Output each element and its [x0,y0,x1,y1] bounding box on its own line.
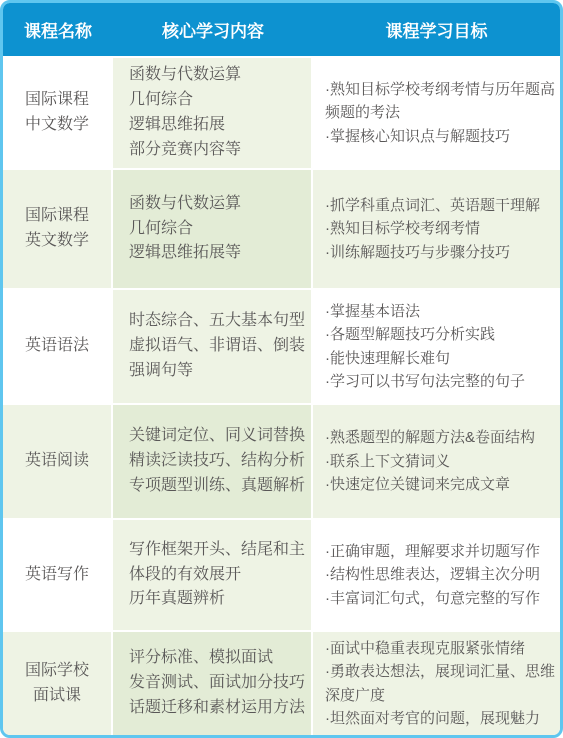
goal-item: ·勇敢表达想法，展现词汇量、思维深度广度 [325,660,558,707]
course-name-line: 英语语法 [25,334,89,359]
content-line: 评分标准、模拟面试 [129,646,273,671]
course-name-line: 中文数学 [25,113,89,138]
header-learning-goals: 课程学习目标 [313,17,560,42]
content-line: 话题迁移和素材运用方法 [129,696,305,721]
goal-item: ·正确审题，理解要求并切题写作 [325,540,540,563]
cell-course-name: 英语阅读 [3,405,113,518]
cell-course-name: 国际学校面试课 [3,632,113,735]
content-line: 逻辑思维拓展 [129,113,225,138]
content-line: 强调句等 [129,359,193,384]
content-line: 几何综合 [129,217,193,242]
content-line: 写作框架开头、结尾和主 [129,538,305,563]
goal-item: ·联系上下文猜词义 [325,450,450,473]
table-row: 英语阅读关键词定位、同义词替换精读泛读技巧、结构分析专项题型训练、真题解析·熟悉… [3,403,560,518]
content-line: 历年真题辨析 [129,587,225,612]
content-line: 部分竞赛内容等 [129,138,241,163]
goal-item: ·掌握基本语法 [325,300,420,323]
table-header-row: 课程名称 核心学习内容 课程学习目标 [3,3,560,56]
goal-item: ·面试中稳重表现克服紧张情绪 [325,637,525,660]
cell-course-name: 国际课程中文数学 [3,58,113,168]
content-line: 逻辑思维拓展等 [129,241,241,266]
table-row: 国际课程中文数学函数与代数运算几何综合逻辑思维拓展部分竞赛内容等·熟知目标学校考… [3,56,560,168]
cell-core-content: 关键词定位、同义词替换精读泛读技巧、结构分析专项题型训练、真题解析 [113,405,313,518]
cell-learning-goals: ·面试中稳重表现克服紧张情绪·勇敢表达想法，展现词汇量、思维深度广度·坦然面对考… [313,632,560,735]
table-row: 英语语法时态综合、五大基本句型虚拟语气、非谓语、倒装强调句等·掌握基本语法·各题… [3,288,560,403]
cell-course-name: 国际课程英文数学 [3,170,113,288]
cell-core-content: 写作框架开头、结尾和主体段的有效展开历年真题辨析 [113,520,313,630]
goal-item: ·能快速理解长难句 [325,347,450,370]
cell-learning-goals: ·熟悉题型的解题方法&卷面结构·联系上下文猜词义·快速定位关键词来完成文章 [313,405,560,518]
cell-core-content: 时态综合、五大基本句型虚拟语气、非谓语、倒装强调句等 [113,290,313,403]
goal-item: ·各题型解题技巧分析实践 [325,323,495,346]
goal-item: ·掌握核心知识点与解题技巧 [325,125,510,148]
content-line: 几何综合 [129,88,193,113]
content-line: 关键词定位、同义词替换 [129,424,305,449]
content-line: 函数与代数运算 [129,192,241,217]
course-name-line: 面试课 [33,684,81,709]
cell-learning-goals: ·抓学科重点词汇、英语题干理解·熟知目标学校考纲考情·训练解题技巧与步骤分技巧 [313,170,560,288]
goal-item: ·训练解题技巧与步骤分技巧 [325,241,510,264]
content-line: 体段的有效展开 [129,563,241,588]
content-line: 时态综合、五大基本句型 [129,309,305,334]
course-name-line: 英语阅读 [25,449,89,474]
course-name-line: 国际学校 [25,659,89,684]
goal-item: ·抓学科重点词汇、英语题干理解 [325,194,540,217]
content-line: 发音测试、面试加分技巧 [129,671,305,696]
goal-item: ·快速定位关键词来完成文章 [325,473,510,496]
content-line: 函数与代数运算 [129,63,241,88]
course-table: 课程名称 核心学习内容 课程学习目标 国际课程中文数学函数与代数运算几何综合逻辑… [0,0,563,738]
content-line: 精读泛读技巧、结构分析 [129,449,305,474]
header-core-content: 核心学习内容 [113,17,313,42]
goal-item: ·坦然面对考官的问题，展现魅力 [325,707,540,730]
course-name-line: 英文数学 [25,229,89,254]
cell-learning-goals: ·掌握基本语法·各题型解题技巧分析实践·能快速理解长难句·学习可以书写句法完整的… [313,290,560,403]
goal-item: ·熟知目标学校考纲考情与历年题高频题的考法 [325,78,558,125]
cell-core-content: 评分标准、模拟面试发音测试、面试加分技巧话题迁移和素材运用方法 [113,632,313,735]
cell-course-name: 英语写作 [3,520,113,630]
cell-core-content: 函数与代数运算几何综合逻辑思维拓展部分竞赛内容等 [113,58,313,168]
cell-course-name: 英语语法 [3,290,113,403]
content-line: 虚拟语气、非谓语、倒装 [129,334,305,359]
goal-item: ·结构性思维表达，逻辑主次分明 [325,563,540,586]
course-name-line: 国际课程 [25,88,89,113]
content-line: 专项题型训练、真题解析 [129,474,305,499]
cell-learning-goals: ·正确审题，理解要求并切题写作·结构性思维表达，逻辑主次分明·丰富词汇句式，句意… [313,520,560,630]
cell-core-content: 函数与代数运算几何综合逻辑思维拓展等 [113,170,313,288]
course-name-line: 国际课程 [25,204,89,229]
goal-item: ·熟悉题型的解题方法&卷面结构 [325,426,535,449]
header-course-name: 课程名称 [3,17,113,42]
goal-item: ·学习可以书写句法完整的句子 [325,370,525,393]
table-row: 国际学校面试课评分标准、模拟面试发音测试、面试加分技巧话题迁移和素材运用方法·面… [3,630,560,735]
table-row: 国际课程英文数学函数与代数运算几何综合逻辑思维拓展等·抓学科重点词汇、英语题干理… [3,168,560,288]
table-row: 英语写作写作框架开头、结尾和主体段的有效展开历年真题辨析·正确审题，理解要求并切… [3,518,560,630]
cell-learning-goals: ·熟知目标学校考纲考情与历年题高频题的考法·掌握核心知识点与解题技巧 [313,58,560,168]
goal-item: ·熟知目标学校考纲考情 [325,217,480,240]
goal-item: ·丰富词汇句式，句意完整的写作 [325,587,540,610]
table-body: 国际课程中文数学函数与代数运算几何综合逻辑思维拓展部分竞赛内容等·熟知目标学校考… [3,56,560,735]
course-name-line: 英语写作 [25,563,89,588]
